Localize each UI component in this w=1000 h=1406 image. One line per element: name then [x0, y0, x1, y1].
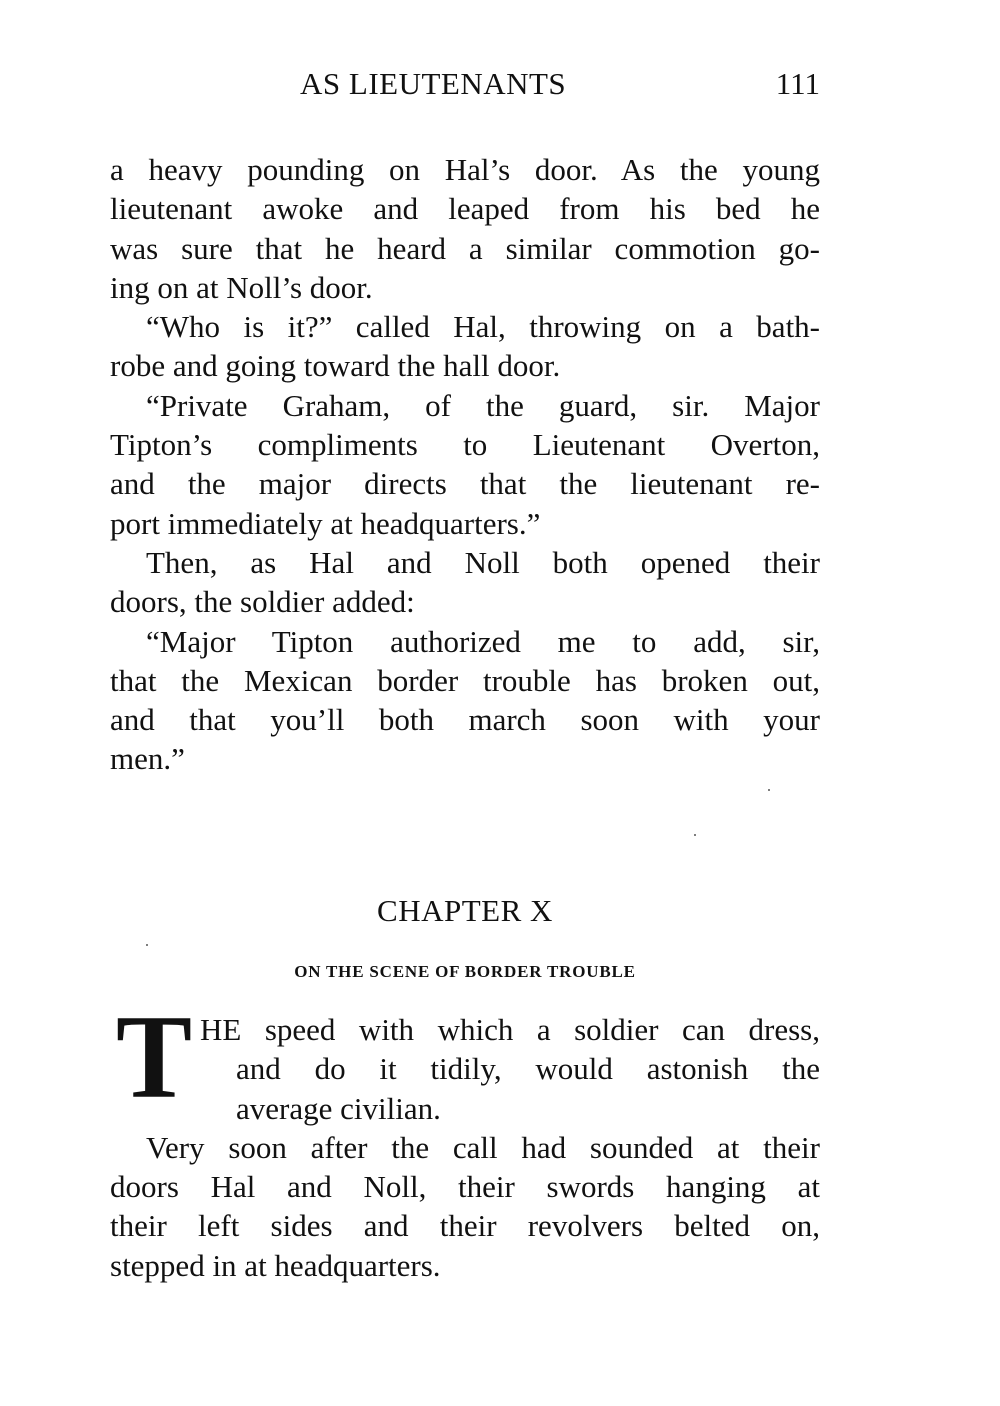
chapter-text-block: HE speed with which a soldier can dress,… — [110, 1010, 820, 1285]
scan-speck — [694, 834, 696, 836]
chapter-title: CHAPTER X — [110, 893, 820, 929]
text-line: “Who is it?” called Hal, throwing on a b… — [110, 307, 820, 346]
text-line: ing on at Noll’s door. — [110, 268, 820, 307]
running-title: AS LIEUTENANTS — [300, 66, 566, 102]
text-line: Then, as Hal and Noll both opened their — [110, 543, 820, 582]
page-number: 111 — [776, 66, 820, 102]
text-line: a heavy pounding on Hal’s door. As the y… — [110, 150, 820, 189]
text-line: port immediately at headquarters.” — [110, 504, 820, 543]
text-line: “Major Tipton authorized me to add, sir, — [110, 622, 820, 661]
text-line: doors Hal and Noll, their swords hanging… — [110, 1167, 820, 1206]
scan-speck — [146, 944, 148, 946]
text-line: Very soon after the call had sounded at … — [110, 1128, 820, 1167]
text-line: that the Mexican border trouble has brok… — [110, 661, 820, 700]
text-line: and the major directs that the lieutenan… — [110, 464, 820, 503]
text-line: doors, the soldier added: — [110, 582, 820, 621]
text-line: stepped in at headquarters. — [110, 1246, 820, 1285]
text-line: men.” — [110, 739, 820, 778]
chapter-subtitle: ON THE SCENE OF BORDER TROUBLE — [110, 962, 820, 982]
text-line: HE speed with which a soldier can dress, — [110, 1010, 820, 1049]
text-line: was sure that he heard a similar commoti… — [110, 229, 820, 268]
continued-text-block: a heavy pounding on Hal’s door. As the y… — [110, 150, 820, 779]
text-line: and do it tidily, would astonish the — [110, 1049, 820, 1088]
text-line: and that you’ll both march soon with you… — [110, 700, 820, 739]
text-line: their left sides and their revolvers bel… — [110, 1206, 820, 1245]
text-line: average civilian. — [110, 1089, 820, 1128]
running-header: AS LIEUTENANTS 111 — [110, 66, 820, 106]
text-line: Tipton’s compliments to Lieutenant Overt… — [110, 425, 820, 464]
scan-speck — [768, 789, 770, 791]
text-line: robe and going toward the hall door. — [110, 346, 820, 385]
text-line: “Private Graham, of the guard, sir. Majo… — [110, 386, 820, 425]
text-line: lieutenant awoke and leaped from his bed… — [110, 189, 820, 228]
